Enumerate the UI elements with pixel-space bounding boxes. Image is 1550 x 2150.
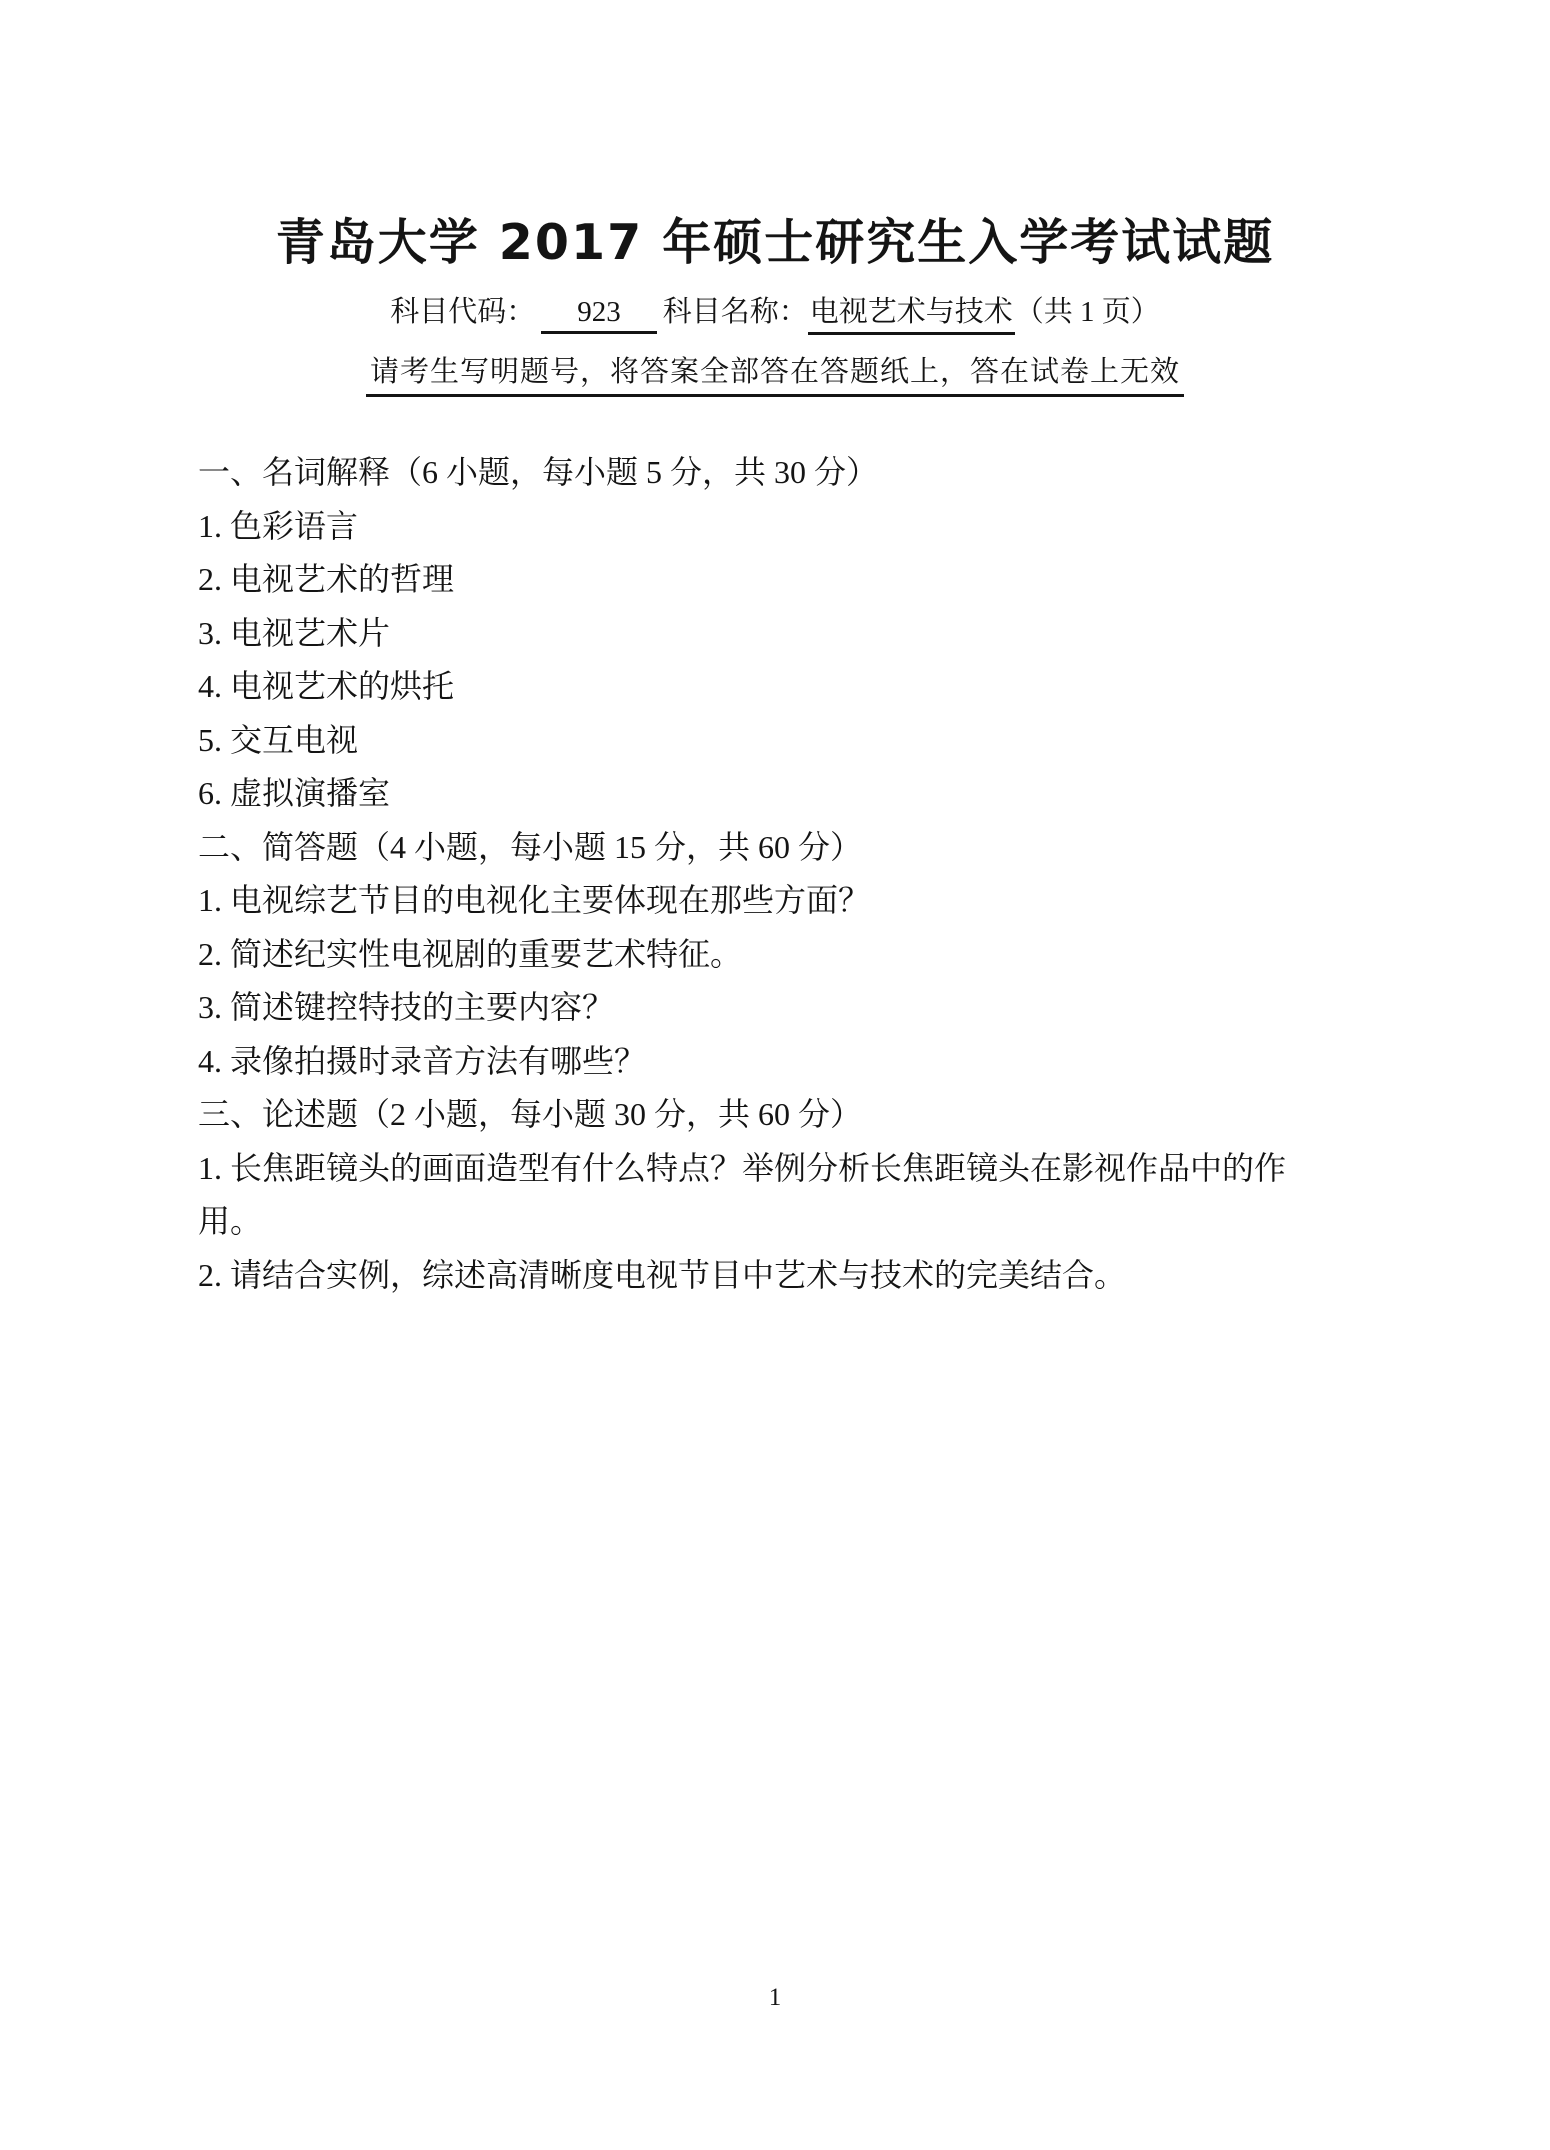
subject-name-value: 电视艺术与技术 [808,289,1015,335]
section-2-item-4: 4. 录像拍摄时录音方法有哪些？ [198,1035,1306,1089]
question-body: 一、名词解释（6 小题，每小题 5 分，共 30 分） 1. 色彩语言 2. 电… [198,446,1306,1302]
section-1-item-3: 3. 电视艺术片 [198,607,1306,661]
exam-title: 青岛大学 2017 年硕士研究生入学考试试题 [0,204,1550,274]
section-2-item-1: 1. 电视综艺节目的电视化主要体现在那些方面？ [198,874,1306,928]
notice-text: 请考生写明题号，将答案全部答在答题纸上，答在试卷上无效 [366,349,1184,397]
notice-line: 请考生写明题号，将答案全部答在答题纸上，答在试卷上无效 [0,349,1550,397]
section-2-heading: 二、简答题（4 小题，每小题 15 分，共 60 分） [198,821,1306,875]
subject-code-label: 科目代码： [390,296,535,328]
subject-meta-line: 科目代码：923科目名称：电视艺术与技术（共 1 页） [0,289,1550,335]
section-1-item-2: 2. 电视艺术的哲理 [198,553,1306,607]
section-1-item-1: 1. 色彩语言 [198,500,1306,554]
subject-name-label: 科目名称： [663,296,808,328]
exam-paper-page: 青岛大学 2017 年硕士研究生入学考试试题 科目代码：923科目名称：电视艺术… [0,0,1550,2150]
page-number: 1 [0,1984,1550,2012]
section-3-item-2: 2. 请结合实例，综述高清晰度电视节目中艺术与技术的完美结合。 [198,1249,1306,1303]
section-1-item-6: 6. 虚拟演播室 [198,767,1306,821]
section-3-item-1: 1. 长焦距镜头的画面造型有什么特点？举例分析长焦距镜头在影视作品中的作用。 [198,1142,1306,1249]
section-2-item-3: 3. 简述键控特技的主要内容？ [198,981,1306,1035]
section-1-item-5: 5. 交互电视 [198,714,1306,768]
subject-code-value: 923 [541,296,657,334]
section-1-heading: 一、名词解释（6 小题，每小题 5 分，共 30 分） [198,446,1306,500]
section-2-item-2: 2. 简述纪实性电视剧的重要艺术特征。 [198,928,1306,982]
page-count-note: （共 1 页） [1015,296,1160,328]
section-3-heading: 三、论述题（2 小题，每小题 30 分，共 60 分） [198,1088,1306,1142]
section-1-item-4: 4. 电视艺术的烘托 [198,660,1306,714]
